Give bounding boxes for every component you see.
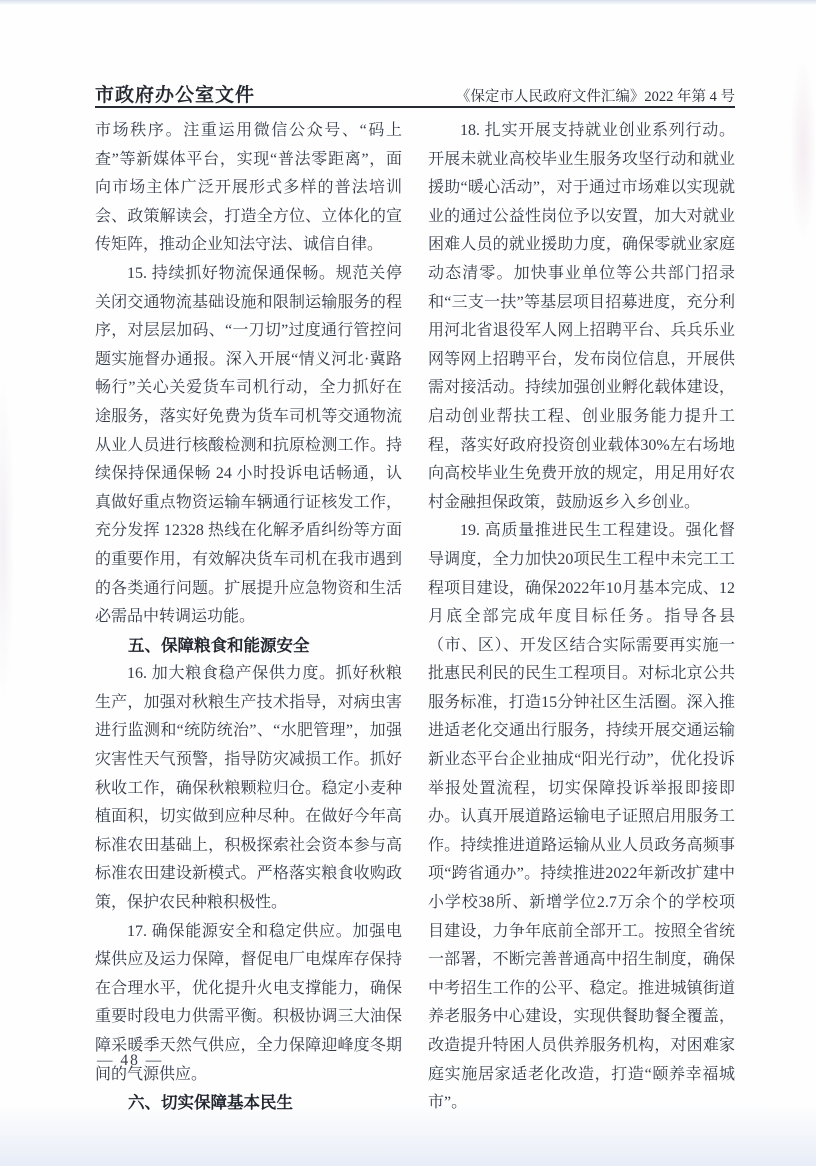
left-column: 市场秩序。注重运用微信公众号、“码上查”等新媒体平台，实现“普法零距离”，面向市… — [95, 117, 402, 1118]
header-publication-info: 《保定市人民政府文件汇编》2022 年第 4 号 — [456, 85, 735, 107]
paragraph-19: 19. 高质量推进民生工程建设。强化督导调度，全力加快20项民生工程中未完工工程… — [428, 517, 735, 1117]
paragraph-continued: 市场秩序。注重运用微信公众号、“码上查”等新媒体平台，实现“普法零距离”，面向市… — [95, 117, 402, 260]
section-heading-6: 六、切实保障基本民生 — [95, 1089, 402, 1118]
header-document-type: 市政府办公室文件 — [95, 80, 255, 107]
document-page: 市政府办公室文件 《保定市人民政府文件汇编》2022 年第 4 号 市场秩序。注… — [0, 0, 816, 1166]
scan-artifact-left — [0, 380, 14, 700]
document-body: 市场秩序。注重运用微信公众号、“码上查”等新媒体平台，实现“普法零距离”，面向市… — [95, 117, 735, 1118]
paragraph-16: 16. 加大粮食稳产保供力度。抓好秋粮生产，加强对秋粮生产技术指导，对病虫害进行… — [95, 660, 402, 917]
paragraph-18: 18. 扎实开展支持就业创业系列行动。开展未就业高校毕业生服务攻坚行动和就业援助… — [428, 117, 735, 517]
scan-artifact-right — [790, 60, 816, 240]
page-header: 市政府办公室文件 《保定市人民政府文件汇编》2022 年第 4 号 — [95, 80, 735, 107]
right-column: 18. 扎实开展支持就业创业系列行动。开展未就业高校毕业生服务攻坚行动和就业援助… — [428, 117, 735, 1118]
scan-artifact-top — [0, 0, 816, 5]
paragraph-15: 15. 持续抓好物流保通保畅。规范关停关闭交通物流基础设施和限制运输服务的程序，… — [95, 260, 402, 632]
header-divider — [95, 106, 735, 108]
section-heading-5: 五、保障粮食和能源安全 — [95, 632, 402, 661]
page-number: — 48 — — [97, 1052, 163, 1070]
